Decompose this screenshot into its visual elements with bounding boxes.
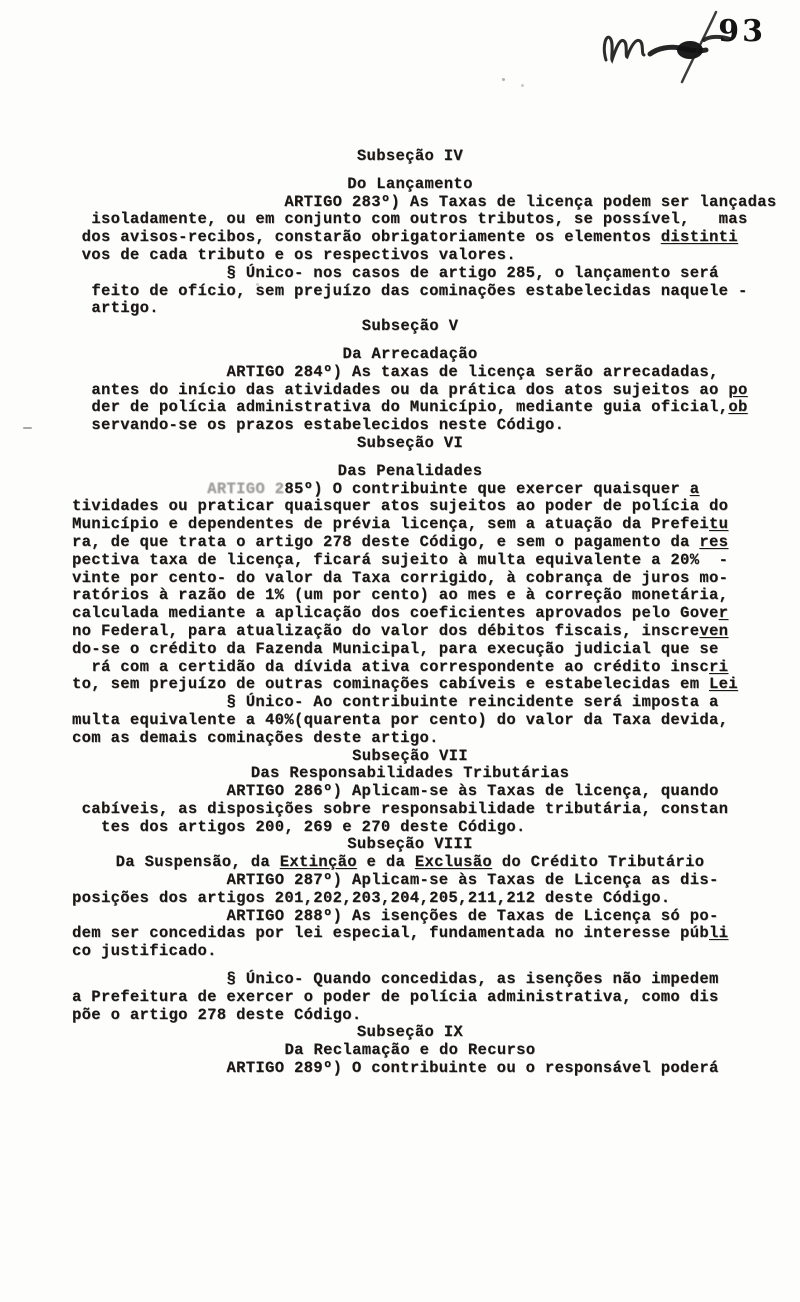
text-line: calculada mediante a aplicação dos coefi…: [72, 605, 748, 623]
text-line: to, sem prejuízo de outras cominações ca…: [72, 676, 748, 694]
text-segment: der de polícia administrativa do Municíp…: [91, 398, 728, 416]
text-line: multa equivalente a 40%(quarenta por cen…: [72, 712, 748, 730]
text-line: servando-se os prazos estabelecidos nest…: [72, 417, 748, 435]
text-line: posições dos artigos 201,202,203,204,205…: [72, 890, 748, 908]
text-line: com as demais cominações deste artigo.: [72, 730, 748, 748]
text-segment: dem ser concedidas por lei especial, fun…: [72, 924, 709, 942]
text-segment: r: [719, 604, 729, 622]
text-segment: artigo.: [91, 299, 159, 317]
text-segment: pectiva taxa de licença, ficará sujeito …: [72, 551, 728, 569]
text-line: pectiva taxa de licença, ficará sujeito …: [72, 552, 748, 570]
scan-speck: [502, 78, 505, 81]
text-line: no Federal, para atualização do valor do…: [72, 623, 748, 641]
text-line: cabíveis, as disposições sobre responsab…: [72, 801, 748, 819]
text-segment: servando-se os prazos estabelecidos nest…: [91, 416, 564, 434]
section-heading: Subseção VII: [72, 748, 748, 766]
scan-speck: [521, 84, 524, 87]
text-segment: posições dos artigos 201,202,203,204,205…: [72, 889, 670, 907]
text-segment: Exclusão: [415, 853, 492, 871]
text-line: ARTIGO 289º) O contribuinte ou o respons…: [72, 1060, 748, 1078]
section-heading: Da Reclamação e do Recurso: [72, 1042, 748, 1060]
text-segment: tividades ou praticar quaisquer atos suj…: [72, 497, 728, 515]
text-segment: a: [690, 480, 700, 498]
text-segment: com as demais cominações deste artigo.: [72, 729, 439, 747]
text-segment: ra, de que trata o artigo 278 deste Códi…: [72, 533, 699, 551]
document-text-body: Subseção IVDo Lançamento ARTIGO 283º) As…: [72, 148, 748, 1078]
text-segment: Lei: [709, 675, 738, 693]
text-line: Município e dependentes de prévia licenç…: [72, 516, 748, 534]
text-segment: Da Reclamação e do Recurso: [285, 1041, 536, 1059]
text-segment: ARTIGO 287º) Aplicam-se às Taxas de Lice…: [226, 871, 718, 889]
text-line: ARTIGO 286º) Aplicam-se às Taxas de lice…: [72, 783, 748, 801]
text-segment: distinti: [661, 228, 738, 246]
text-segment: ARTIGO 286º) Aplicam-se às Taxas de lice…: [226, 782, 718, 800]
text-line: tes dos artigos 200, 269 e 270 deste Cód…: [72, 819, 748, 837]
text-line: do-se o crédito da Fazenda Municipal, pa…: [72, 641, 748, 659]
text-segment: res: [699, 533, 728, 551]
text-segment: ARTIGO 284º) As taxas de licença serão a…: [226, 363, 718, 381]
text-line: vos de cada tributo e os respectivos val…: [72, 247, 748, 265]
text-segment: Subseção IX: [357, 1023, 463, 1041]
section-heading: Da Suspensão, da Extinção e da Exclusão …: [72, 854, 748, 872]
text-line: dem ser concedidas por lei especial, fun…: [72, 925, 748, 943]
text-segment: Subseção VIII: [347, 835, 472, 853]
text-segment: § Único- Ao contribuinte reincidente ser…: [226, 693, 718, 711]
section-heading: Das Responsabilidades Tributárias: [72, 765, 748, 783]
text-line: ra, de que trata o artigo 278 deste Códi…: [72, 534, 748, 552]
text-line: ARTIGO 283º) As Taxas de licença podem s…: [72, 194, 748, 212]
text-segment: ri: [709, 658, 728, 676]
text-segment: po: [728, 381, 747, 399]
text-segment: ven: [699, 622, 728, 640]
text-segment: to, sem prejuízo de outras cominações ca…: [72, 675, 709, 693]
text-line: ARTIGO 285º) O contribuinte que exercer …: [72, 481, 748, 499]
section-heading: Do Lançamento: [72, 176, 748, 194]
page-number: 93: [718, 14, 766, 49]
text-segment: Das Penalidades: [338, 462, 483, 480]
text-line: ARTIGO 284º) As taxas de licença serão a…: [72, 364, 748, 382]
section-heading: Subseção IX: [72, 1024, 748, 1042]
text-line: ratórios à razão de 1% (um por cento) ao…: [72, 587, 748, 605]
text-line: ARTIGO 287º) Aplicam-se às Taxas de Lice…: [72, 872, 748, 890]
text-line: põe o artigo 278 deste Código.: [72, 1007, 748, 1025]
text-line: vinte por cento- do valor da Taxa corrig…: [72, 570, 748, 588]
text-segment: Subseção VII: [352, 747, 468, 765]
scan-speck: [23, 427, 32, 429]
text-line: ARTIGO 288º) As isenções de Taxas de Lic…: [72, 908, 748, 926]
text-segment: multa equivalente a 40%(quarenta por cen…: [72, 711, 728, 729]
text-segment: Extinção: [280, 853, 357, 871]
text-segment: tes dos artigos 200, 269 e 270 deste Cód…: [101, 818, 526, 836]
section-heading: Subseção VIII: [72, 836, 748, 854]
text-segment: § Único- Quando concedidas, as isenções …: [226, 970, 718, 988]
text-line: co justificado.: [72, 943, 748, 961]
text-line: feito de ofício, sem prejuízo das comina…: [72, 283, 748, 301]
section-heading: Subseção IV: [72, 148, 748, 166]
text-segment: Subseção V: [362, 317, 459, 335]
text-segment: dos avisos-recibos, constarão obrigatori…: [82, 228, 661, 246]
text-segment: cabíveis, as disposições sobre responsab…: [82, 800, 729, 818]
text-line: § Único- Ao contribuinte reincidente ser…: [72, 694, 748, 712]
section-heading: Das Penalidades: [72, 463, 748, 481]
text-segment: ob: [728, 398, 747, 416]
text-line: a Prefeitura de exercer o poder de políc…: [72, 989, 748, 1007]
text-segment: Da Arrecadação: [342, 345, 477, 363]
section-heading: Da Arrecadação: [72, 346, 748, 364]
text-segment: calculada mediante a aplicação dos coefi…: [72, 604, 719, 622]
text-segment: e da: [357, 853, 415, 871]
text-line: der de polícia administrativa do Municíp…: [72, 399, 748, 417]
text-segment: Subseção IV: [357, 147, 463, 165]
scanned-document-page: 93 Subseção IVDo Lançamento ARTIGO 283º)…: [0, 0, 800, 1302]
text-segment: ARTIGO 288º) As isenções de Taxas de Lic…: [226, 907, 718, 925]
text-segment: ARTIGO 2: [207, 480, 284, 498]
text-segment: ratórios à razão de 1% (um por cento) ao…: [72, 586, 728, 604]
text-segment: Das Responsabilidades Tributárias: [251, 764, 570, 782]
text-segment: vinte por cento- do valor da Taxa corrig…: [72, 569, 728, 587]
text-segment: isoladamente, ou em conjunto com outros …: [91, 210, 747, 228]
text-segment: põe o artigo 278 deste Código.: [72, 1006, 362, 1024]
text-segment: do-se o crédito da Fazenda Municipal, pa…: [72, 640, 719, 658]
text-segment: Da Suspensão, da: [116, 853, 280, 871]
text-line: artigo.: [72, 300, 748, 318]
text-segment: § Único- nos casos de artigo 285, o lanç…: [226, 264, 718, 282]
text-segment: li: [709, 924, 728, 942]
section-heading: Subseção VI: [72, 435, 748, 453]
text-segment: rá com a certidão da dívida ativa corres…: [91, 658, 709, 676]
section-heading: Subseção V: [72, 318, 748, 336]
text-line: § Único- nos casos de artigo 285, o lanç…: [72, 265, 748, 283]
text-segment: co justificado.: [72, 942, 217, 960]
text-segment: 85º) O contribuinte que exercer quaisque…: [284, 480, 689, 498]
text-segment: a Prefeitura de exercer o poder de políc…: [72, 988, 719, 1006]
text-line: rá com a certidão da dívida ativa corres…: [72, 659, 748, 677]
text-segment: Do Lançamento: [347, 175, 472, 193]
text-segment: feito de ofício, sem prejuízo das comina…: [91, 282, 747, 300]
text-segment: no Federal, para atualização do valor do…: [72, 622, 699, 640]
text-segment: tu: [709, 515, 728, 533]
text-segment: antes do início das atividades ou da prá…: [91, 381, 728, 399]
text-segment: Município e dependentes de prévia licenç…: [72, 515, 709, 533]
text-line: antes do início das atividades ou da prá…: [72, 382, 748, 400]
text-line: isoladamente, ou em conjunto com outros …: [72, 211, 748, 229]
text-line: § Único- Quando concedidas, as isenções …: [72, 971, 748, 989]
text-segment: ARTIGO 289º) O contribuinte ou o respons…: [226, 1059, 718, 1077]
text-segment: vos de cada tributo e os respectivos val…: [82, 246, 516, 264]
text-line: tividades ou praticar quaisquer atos suj…: [72, 498, 748, 516]
text-line: dos avisos-recibos, constarão obrigatori…: [72, 229, 748, 247]
text-segment: ARTIGO 283º) As Taxas de licença podem s…: [284, 193, 776, 211]
text-segment: do Crédito Tributário: [492, 853, 704, 871]
text-segment: Subseção VI: [357, 434, 463, 452]
